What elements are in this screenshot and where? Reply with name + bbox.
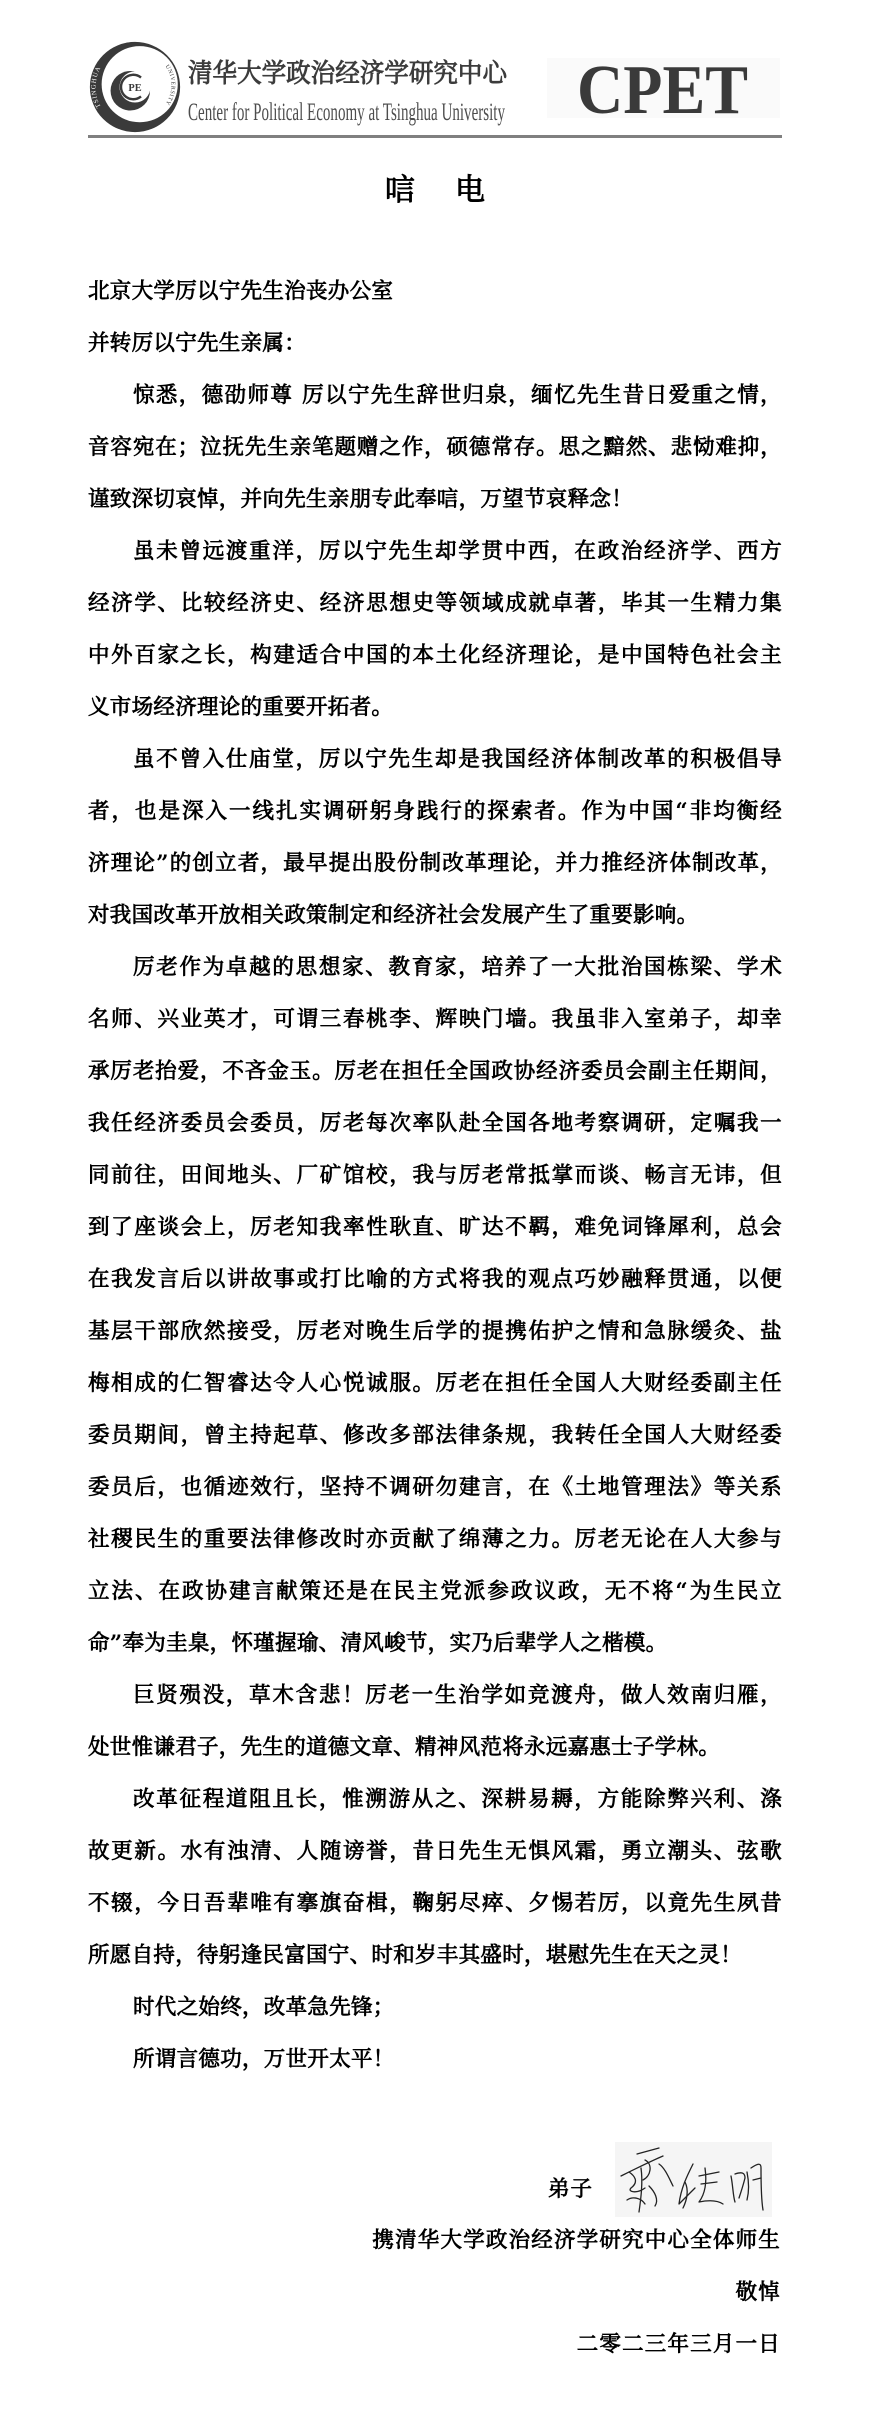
- cpet-circle-logo-icon: PE TSINGHUA UNIVERSITY: [88, 40, 182, 134]
- letter-line: 对我国改革开放相关政策制定和经济社会发展产生了重要影响。: [88, 890, 782, 942]
- paragraph: 惊悉，德劭师尊 厉以宁先生辞世归泉，缅忆先生昔日爱重之情， 音容宛在；泣抚先生亲…: [88, 370, 782, 526]
- org-name-english: Center for Political Economy at Tsinghua…: [188, 99, 505, 126]
- document-title: 唁电: [0, 173, 870, 209]
- condolence-letter-page: PE TSINGHUA UNIVERSITY 清华大学政治经济学研究中心 Cen…: [0, 0, 870, 2416]
- letter-line: 音容宛在；泣抚先生亲笔题赠之作，硕德常存。思之黯然、悲恸难抑，: [88, 422, 782, 474]
- letter-line: 谨致深切哀悼，并向先生亲朋专此奉唁，万望节哀释念！: [88, 474, 782, 526]
- letter-line: 委员后，也循迹效行，坚持不调研勿建言，在《土地管理法》等关系: [88, 1462, 782, 1514]
- letter-line: 所愿自持，待躬逢民富国宁、时和岁丰其盛时，堪慰先生在天之灵！: [88, 1930, 782, 1982]
- recipients: 北京大学厉以宁先生治丧办公室 并转厉以宁先生亲属：: [88, 266, 782, 370]
- letter-line: 者，也是深入一线扎实调研躬身践行的探索者。作为中国“非均衡经: [88, 786, 782, 838]
- paragraph: 改革征程道阻且长，惟溯游从之、深耕易耨，方能除弊兴利、涤 故更新。水有浊清、人随…: [88, 1774, 782, 1982]
- letter-line: 委员期间，曾主持起草、修改多部法律条规，我转任全国人大财经委: [88, 1410, 782, 1462]
- paragraph: 巨贤殒没，草木含悲！厉老一生治学如竞渡舟，做人效南归雁， 处世惟谦君子，先生的道…: [88, 1670, 782, 1774]
- couplet-line: 所谓言德功，万世开太平！: [88, 2034, 782, 2086]
- letter-line: 厉老作为卓越的思想家、教育家，培养了一大批治国栋梁、学术: [88, 942, 782, 994]
- org-name-chinese: 清华大学政治经济学研究中心: [188, 58, 508, 89]
- letter-line: 中外百家之长，构建适合中国的本土化经济理论，是中国特色社会主: [88, 630, 782, 682]
- letter-line: 虽未曾远渡重洋，厉以宁先生却学贯中西，在政治经济学、西方: [88, 526, 782, 578]
- letter-line: 命”奉为圭臬，怀瑾握瑜、清风峻节，实乃后辈学人之楷模。: [88, 1618, 782, 1670]
- letter-line: 我任经济委员会委员，厉老每次率队赴全国各地考察调研，定嘱我一: [88, 1098, 782, 1150]
- couplet-line: 时代之始终，改革急先锋；: [88, 1982, 782, 2034]
- letter-line: 名师、兴业英才，可谓三春桃李、辉映门墙。我虽非入室弟子，却幸: [88, 994, 782, 1046]
- sign-off: 敬悼: [300, 2267, 781, 2319]
- letter-line: 梅相成的仁智睿达令人心悦诚服。厉老在担任全国人大财经委副主任: [88, 1358, 782, 1410]
- paragraph: 虽未曾远渡重洋，厉以宁先生却学贯中西，在政治经济学、西方 经济学、比较经济史、经…: [88, 526, 782, 734]
- letter-line: 处世惟谦君子，先生的道德文章、精神风范将永远嘉惠士子学林。: [88, 1722, 782, 1774]
- letter-line: 同前往，田间地头、厂矿馆校，我与厉老常抵掌而谈、畅言无讳，但: [88, 1150, 782, 1202]
- letter-line: 立法、在政协建言献策还是在民主党派参政议政，无不将“为生民立: [88, 1566, 782, 1618]
- letter-line: 虽不曾入仕庙堂，厉以宁先生却是我国经济体制改革的积极倡导: [88, 734, 782, 786]
- closing-block: 携清华大学政治经济学研究中心全体师生 敬悼 二零二三年三月一日: [300, 2215, 781, 2371]
- letter-line: 承厉老抬爱，不吝金玉。厉老在担任全国政协经济委员会副主任期间，: [88, 1046, 782, 1098]
- letter-line: 经济学、比较经济史、经济思想史等领域成就卓著，毕其一生精力集: [88, 578, 782, 630]
- letter-line: 在我发言后以讲故事或打比喻的方式将我的观点巧妙融释贯通，以便: [88, 1254, 782, 1306]
- handwritten-signature-icon: [615, 2142, 772, 2217]
- letter-body: 北京大学厉以宁先生治丧办公室 并转厉以宁先生亲属： 惊悉，德劭师尊 厉以宁先生辞…: [88, 266, 782, 2086]
- recipient-line: 并转厉以宁先生亲属：: [88, 318, 782, 370]
- letter-line: 故更新。水有浊清、人随谤誉，昔日先生无惧风霜，勇立潮头、弦歌: [88, 1826, 782, 1878]
- letter-line: 社稷民生的重要法律修改时亦贡献了绵薄之力。厉老无论在人大参与: [88, 1514, 782, 1566]
- letter-line: 义市场经济理论的重要开拓者。: [88, 682, 782, 734]
- letter-date: 二零二三年三月一日: [300, 2319, 781, 2371]
- letterhead-divider: [88, 135, 782, 138]
- letter-line: 改革征程道阻且长，惟溯游从之、深耕易耨，方能除弊兴利、涤: [88, 1774, 782, 1826]
- couplet: 时代之始终，改革急先锋； 所谓言德功，万世开太平！: [88, 1982, 782, 2086]
- logo-monogram: PE: [128, 83, 141, 94]
- signer-label: 弟子: [548, 2178, 593, 2202]
- letter-line: 基层干部欣然接受，厉老对晚生后学的提携佑护之情和急脉缓灸、盐: [88, 1306, 782, 1358]
- organization-name: 清华大学政治经济学研究中心 Center for Political Econo…: [186, 52, 516, 132]
- recipient-line: 北京大学厉以宁先生治丧办公室: [88, 266, 782, 318]
- org-acronym: CPET: [545, 50, 785, 130]
- sender-organization: 携清华大学政治经济学研究中心全体师生: [300, 2215, 781, 2267]
- org-acronym-text: CPET: [577, 52, 748, 129]
- letter-line: 不辍，今日吾辈唯有搴旗奋楫，鞠躬尽瘁、夕惕若厉，以竟先生夙昔: [88, 1878, 782, 1930]
- paragraph: 厉老作为卓越的思想家、教育家，培养了一大批治国栋梁、学术 名师、兴业英才，可谓三…: [88, 942, 782, 1670]
- letter-line: 巨贤殒没，草木含悲！厉老一生治学如竞渡舟，做人效南归雁，: [88, 1670, 782, 1722]
- letter-line: 济理论”的创立者，最早提出股份制改革理论，并力推经济体制改革，: [88, 838, 782, 890]
- paragraph: 虽不曾入仕庙堂，厉以宁先生却是我国经济体制改革的积极倡导 者，也是深入一线扎实调…: [88, 734, 782, 942]
- letter-line: 到了座谈会上，厉老知我率性耿直、旷达不羁，难免词锋犀利，总会: [88, 1202, 782, 1254]
- letter-line: 惊悉，德劭师尊 厉以宁先生辞世归泉，缅忆先生昔日爱重之情，: [88, 370, 782, 422]
